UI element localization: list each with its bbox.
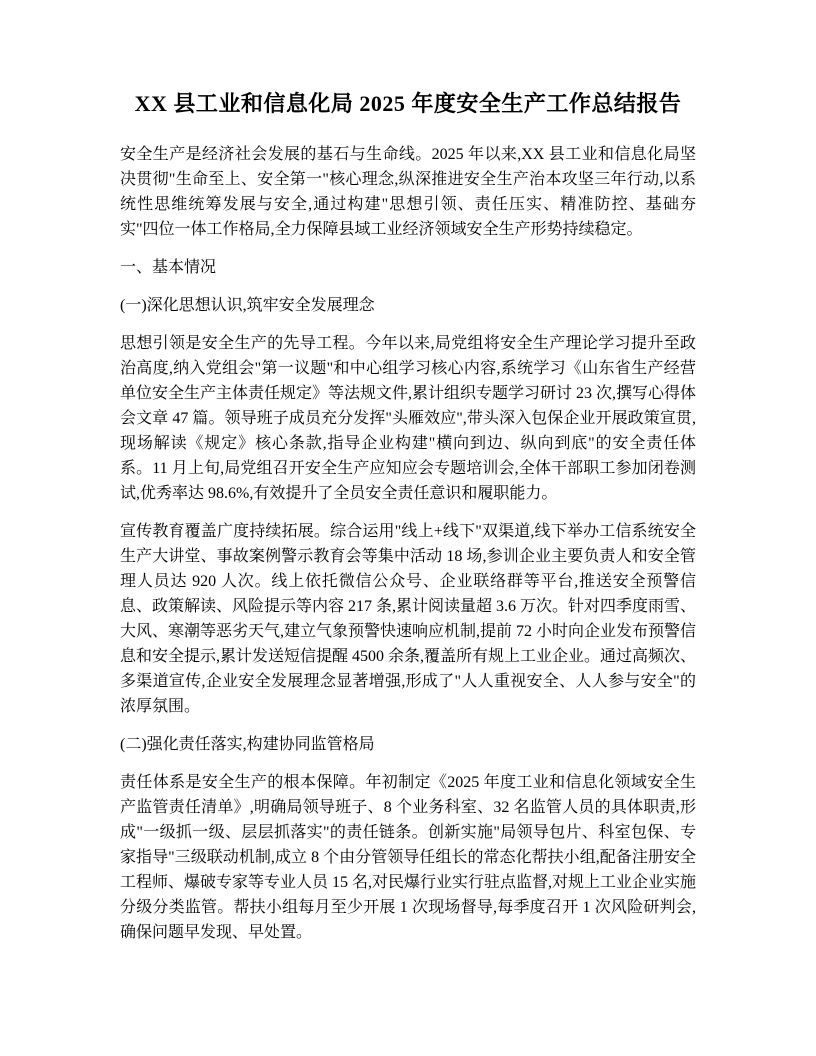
subsection-heading-responsibility: (二)强化责任落实,构建协同监管格局 [120, 732, 696, 757]
paragraph-publicity-education: 宣传教育覆盖广度持续拓展。综合运用"线上+线下"双渠道,线下举办工信系统安全生产… [120, 519, 696, 719]
subsection-heading-ideology: (一)深化思想认识,筑牢安全发展理念 [120, 293, 696, 318]
document-title: XX 县工业和信息化局 2025 年度安全生产工作总结报告 [120, 88, 696, 120]
paragraph-ideology-leading: 思想引领是安全生产的先导工程。今年以来,局党组将安全生产理论学习提升至政治高度,… [120, 331, 696, 506]
paragraph-responsibility-system: 责任体系是安全生产的根本保障。年初制定《2025 年度工业和信息化领域安全生产监… [120, 770, 696, 945]
document-page: XX 县工业和信息化局 2025 年度安全生产工作总结报告 安全生产是经济社会发… [0, 0, 816, 1056]
section-heading-basic-situation: 一、基本情况 [120, 255, 696, 280]
intro-paragraph: 安全生产是经济社会发展的基石与生命线。2025 年以来,XX 县工业和信息化局坚… [120, 142, 696, 242]
